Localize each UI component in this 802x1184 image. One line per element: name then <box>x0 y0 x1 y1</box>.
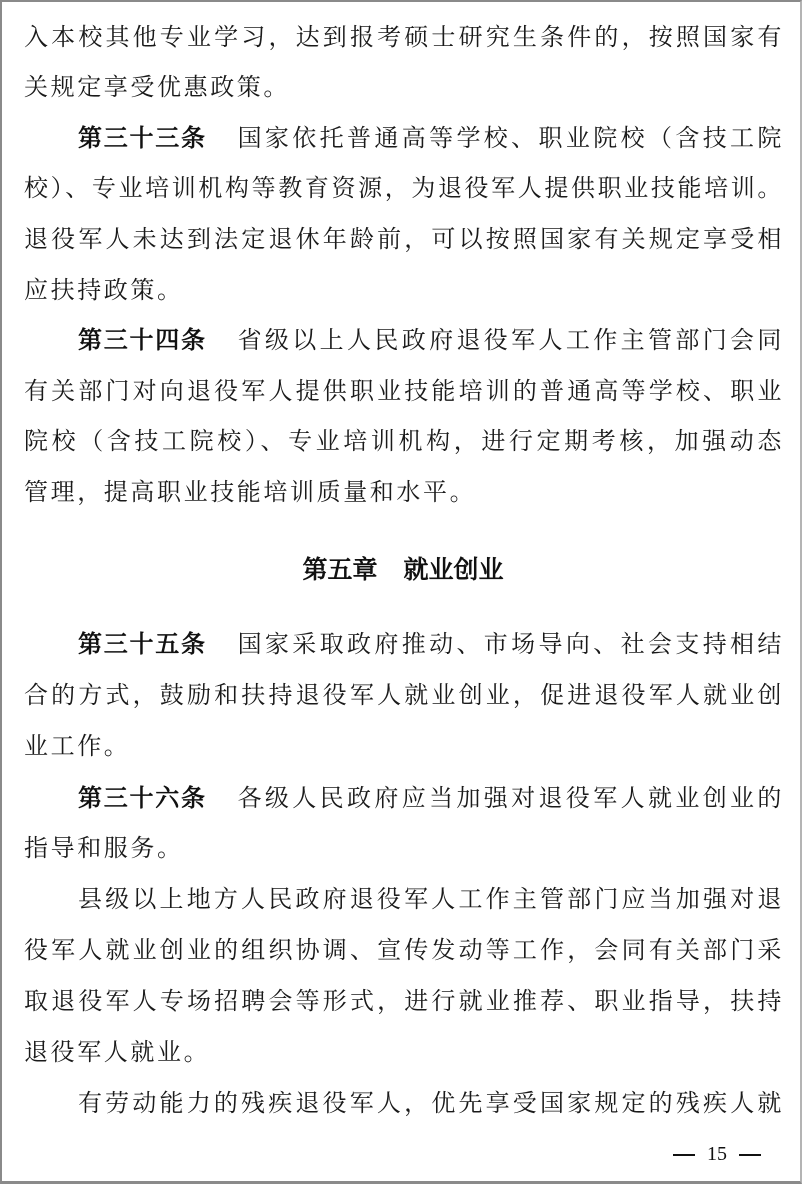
text-line: 取退役军人专场招聘会等形式，进行就业推荐、职业指导，扶持 <box>24 981 784 1021</box>
text-fragment: 省级以上人民政府退役军人工作主管部门会同 <box>237 326 784 354</box>
chapter-name: 就业创业 <box>404 555 504 584</box>
article-36-first-line: 第三十六条各级人民政府应当加强对退役军人就业创业的 <box>78 778 784 818</box>
text-line: 指导和服务。 <box>24 828 784 868</box>
text-fragment: 各级人民政府应当加强对退役军人就业创业的 <box>237 784 784 812</box>
text-line: 县级以上地方人民政府退役军人工作主管部门应当加强对退 <box>78 879 784 919</box>
article-heading: 第三十四条 <box>78 326 207 354</box>
article-34-first-line: 第三十四条省级以上人民政府退役军人工作主管部门会同 <box>78 320 784 360</box>
chapter-title: 第五章就业创业 <box>2 550 802 590</box>
article-heading: 第三十六条 <box>78 784 207 812</box>
text-line: 合的方式，鼓励和扶持退役军人就业创业，促进退役军人就业创 <box>24 675 784 715</box>
text-line: 有劳动能力的残疾退役军人，优先享受国家规定的残疾人就 <box>78 1083 784 1123</box>
page-number: 15 <box>654 1139 780 1169</box>
text-line: 业工作。 <box>24 726 784 766</box>
text-line: 管理，提高职业技能培训质量和水平。 <box>24 472 784 512</box>
text-fragment: 国家采取政府推动、市场导向、社会支持相结 <box>237 630 784 658</box>
text-line: 入本校其他专业学习，达到报考硕士研究生条件的，按照国家有 <box>24 17 784 57</box>
dash-right <box>739 1154 761 1156</box>
text-line: 退役军人未达到法定退休年龄前，可以按照国家有关规定享受相 <box>24 219 784 259</box>
text-line: 役军人就业创业的组织协调、宣传发动等工作，会同有关部门采 <box>24 930 784 970</box>
page-number-value: 15 <box>707 1143 727 1165</box>
text-line: 院校（含技工院校）、专业培训机构，进行定期考核，加强动态 <box>24 421 784 461</box>
article-heading: 第三十三条 <box>78 124 207 152</box>
document-page: 入本校其他专业学习，达到报考硕士研究生条件的，按照国家有 关规定享受优惠政策。 … <box>0 0 802 1184</box>
article-heading: 第三十五条 <box>78 630 207 658</box>
text-fragment: 国家依托普通高等学校、职业院校（含技工院 <box>237 124 784 152</box>
chapter-number: 第五章 <box>302 555 377 584</box>
text-line: 有关部门对向退役军人提供职业技能培训的普通高等学校、职业 <box>24 371 784 411</box>
text-line: 应扶持政策。 <box>24 270 784 310</box>
text-line: 校）、专业培训机构等教育资源，为退役军人提供职业技能培训。 <box>24 168 784 208</box>
dash-left <box>673 1154 695 1156</box>
article-33-first-line: 第三十三条国家依托普通高等学校、职业院校（含技工院 <box>78 118 784 158</box>
text-line: 退役军人就业。 <box>24 1032 784 1072</box>
text-line: 关规定享受优惠政策。 <box>24 67 784 107</box>
article-35-first-line: 第三十五条国家采取政府推动、市场导向、社会支持相结 <box>78 624 784 664</box>
